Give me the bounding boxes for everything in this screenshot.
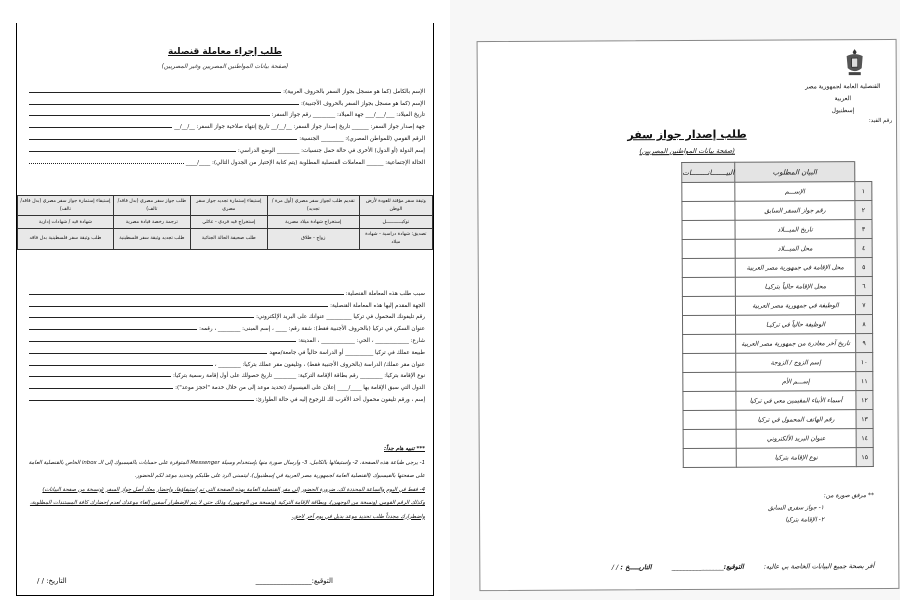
row-label: الإســـم [735,182,855,202]
service-cell: إستيفاء إستمارة تجديد جواز سفر مصري [190,196,267,216]
row-label: تاريخ آخر مغادرة من جمهورية مصر العربية [736,334,856,354]
attachment-item: ١- جواز سفري السابق [768,502,824,514]
field-passport-issue[interactable]: جهة إصدار جواز السفر: ______ تاريخ إصدار… [27,118,425,130]
table-row: ١٢أسماء الأبناء المقيمين معي في تركيا [683,391,873,411]
service-cell: طلب تجديد وثيقة سفر فلسطينية [113,229,190,249]
row-data-field[interactable] [683,353,736,372]
attachments-section: ** مرفق صورة من: ١- جواز سفري السابق ٢- … [768,490,874,527]
row-number: ٨ [856,315,873,334]
row-data-field[interactable] [682,239,735,258]
service-cell: تصديق: شهادة دراسية - شهادة ميلاد [359,229,432,249]
row-number: ٧ [855,296,872,315]
table-row: وثيقة سفر مؤقتة للعودة لأرض الوطن تقديم … [18,196,433,216]
table-row: ٤محل الميـــلاد [682,239,872,259]
signature-field[interactable]: التوقيع:________________ [672,563,744,571]
certification-row: أقر بصحة جميع البيانات الخاصة بي عاليه: … [510,562,874,572]
notice-paragraph-1: 1- يرجى طباعة هذه الصفحة، 2- واستيفائها … [27,457,425,484]
row-number: ١٠ [856,353,873,372]
residence-fields: سبب طلب هذه المعاملة القنصلية: الجهة الم… [27,285,425,403]
table-row: ١٥نوع الإقامة بتركيا [683,448,873,468]
service-cell: إستخراج قيد فردي - عائلي [190,216,267,229]
row-label: محل الميـــلاد [735,239,855,259]
service-cell: ترجمة رخصة قيادة مصرية [113,216,190,229]
table-row: ١٣رقم الهاتف المحمول في تركيا [683,410,873,430]
field-work[interactable]: طبيعة عملك في تركيا __________ أو الدراس… [27,344,425,356]
field-residence-type[interactable]: نوع الإقامة بتركيا: ________ رقم بطاقة ا… [27,368,425,380]
passport-data-table: البيان المطلوب البيـــــــانــــــــات ١… [681,161,873,468]
field-work-address[interactable]: عنوان مقر عملك/ الدراسة (بالحروف الأجنبي… [27,356,425,368]
row-data-field[interactable] [683,448,736,467]
row-label: رقم جواز السفر السابق [735,201,855,221]
row-label: عنوان البريد الألكتروني [736,429,856,449]
row-number: ٢ [855,201,872,220]
row-data-field[interactable] [682,258,735,277]
notice-heading: *** تنبيه هام جداً: [27,443,425,457]
table-row: ٥محل الإقامة في جمهورية مصر العربية [682,258,872,278]
service-cell: توكيـــــــــــل [359,216,432,229]
row-data-field[interactable] [682,277,735,296]
field-submitting-body[interactable]: الجهة المقدم إليها هذه المعاملة القنصلية… [27,297,425,309]
table-row: ١١إســـم الأم [683,372,873,392]
row-number: ٣ [855,220,872,239]
row-number: ٩ [856,334,873,353]
row-label: إســـم الأم [736,372,856,392]
row-data-field[interactable] [683,315,736,334]
row-label: أسماء الأبناء المقيمين معي في تركيا [736,391,856,411]
field-birth-passport[interactable]: تاريخ الميلاد: ___/___/___ جهة الميلاد: … [27,107,425,119]
important-notice: *** تنبيه هام جداً: 1- يرجى طباعة هذه ال… [27,443,425,524]
row-label: تاريخ الميـــلاد [735,220,855,240]
table-row: توكيـــــــــــل إستخراج شهادة ميلاد مصر… [18,216,433,229]
field-reason[interactable]: سبب طلب هذه المعاملة القنصلية: [27,285,425,297]
personal-fields: الإسم بالكامل (كما هو مسجل بجواز السفر ب… [27,83,425,166]
row-number: ٤ [855,239,872,258]
row-label: محل الإقامة حالياً بتركيـا [735,277,855,297]
form-subtitle: (صفحة بيانات المواطنين المصريين) [478,146,896,156]
table-row: ٣تاريخ الميـــلاد [682,220,872,240]
table-row: ١٤عنوان البريد الألكتروني [683,429,873,449]
table-row: ٦محل الإقامة حالياً بتركيـا [682,277,872,297]
row-number: ١٤ [856,429,873,448]
table-row: ٢رقم جواز السفر السابق [682,201,872,221]
row-label: محل الإقامة في جمهورية مصر العربية [735,258,855,278]
form-subtitle: (صفحة بيانات المواطنين المصريين وغير الم… [17,63,433,70]
service-cell: زواج - طلاق [267,229,359,249]
table-header-row: البيان المطلوب البيـــــــانــــــــات [682,162,872,183]
field-emergency-contact[interactable]: إسم ، ورقم تليفون محمول أحد الأقرب لك لل… [27,391,425,403]
consular-request-form: طلب إجراء معاملة قنصلية (صفحة بيانات الم… [16,23,434,596]
row-number: ١ [855,182,872,201]
row-data-field[interactable] [682,220,735,239]
row-number: ١٢ [856,391,873,410]
notice-paragraph-2: 4- فقط في اليوم والساعة المحددة لك، ضرور… [27,484,425,525]
field-full-name-arabic[interactable]: الإسم بالكامل (كما هو مسجل بجواز السفر ب… [27,83,425,95]
consulate-header: القنصلية العامة لجمهورية مصر العربية إسط… [798,81,888,117]
header-data: البيـــــــانــــــــات [682,162,735,182]
field-street-city[interactable]: شارع: ____________ ، الحي: ____________ … [27,332,425,344]
row-data-field[interactable] [683,391,736,410]
service-cell: طلب صحيفة الحالة الجنائية [190,229,267,249]
row-label: الوظيفة حالياً في تركيـا [736,315,856,335]
field-other-nationality[interactable]: إسم الدولة (أو الدول) الأخرى في حالة حمل… [27,142,425,154]
table-row: ٧الوظيفة في جمهورية مصر العربية [683,296,873,316]
field-previous-countries[interactable]: الدول التي سبق الإقامة بها ____/____ إعل… [27,379,425,391]
form-title: طلب إصدار جواز سفر [478,127,896,142]
row-data-field[interactable] [682,182,735,201]
row-number: ١٣ [856,410,873,429]
row-label: الوظيفة في جمهورية مصر العربية [735,296,855,316]
attachment-item: ٢- الإقامة بتركيا [768,514,824,526]
date-field[interactable]: التاريخ: / / [37,577,67,585]
table-row: ٩تاريخ آخر مغادرة من جمهورية مصر العربية [683,334,873,354]
table-row: ٨الوظيفة حالياً في تركيـا [683,315,873,335]
services-table: وثيقة سفر مؤقتة للعودة لأرض الوطن تقديم … [17,195,433,250]
passport-issue-form: القنصلية العامة لجمهورية مصر العربية إسط… [477,39,900,591]
signature-field[interactable]: التوقيع:________________ [256,577,333,585]
service-cell: إستخراج شهادة ميلاد مصرية [267,216,359,229]
reference-number-label: رقم القيد: [869,118,892,124]
table-row: ١الإســـم [682,182,872,202]
form-title: طلب إجراء معاملة قنصلية [17,47,433,57]
field-name-latin[interactable]: الإسم (كما هو مسجل بجواز السفر بالحروف ا… [27,95,425,107]
header-required-item: البيان المطلوب [735,162,855,183]
service-cell: طلب وثيقة سفر فلسطينية بدل فاقد [18,229,114,249]
row-data-field[interactable] [683,429,736,448]
row-data-field[interactable] [683,410,736,429]
service-cell: طلب جواز سفر مصري (بدل فاقد/تالف) [113,196,190,216]
row-number: ١٥ [856,448,873,467]
date-field[interactable]: التاريـــــخ : / / [612,563,652,571]
row-number: ٦ [855,277,872,296]
row-number: ٥ [855,258,872,277]
field-address[interactable]: عنوان السكن في تركيا (بالحروف الأجنبية ف… [27,320,425,332]
egypt-eagle-emblem-icon [844,48,866,78]
passport-form-scan: القنصلية العامة لجمهورية مصر العربية إسط… [450,0,900,600]
row-data-field[interactable] [682,201,735,220]
signature-row: التوقيع:________________ التاريخ: / / [37,577,333,585]
field-marital-status[interactable]: الحالة الإجتماعية: ______ المعاملات القن… [27,154,425,166]
service-cell: شهادة قيد / شهادات إدارية [18,216,114,229]
field-phone-email[interactable]: رقم تليفونك المحمول في تركيا _________ ع… [27,309,425,321]
table-row: ١٠إسم الزوج / الزوجة [683,353,873,373]
row-label: إسم الزوج / الزوجة [736,353,856,373]
service-cell: وثيقة سفر مؤقتة للعودة لأرض الوطن [359,196,432,216]
table-row: تصديق: شهادة دراسية - شهادة ميلاد زواج -… [18,229,433,249]
row-label: رقم الهاتف المحمول في تركيا [736,410,856,430]
service-cell: تقديم طلب لجواز سفر مصري (أول مرة / تجدي… [267,196,359,216]
row-label: نوع الإقامة بتركيا [736,448,856,468]
service-cell: إستيفاء إستمارة جواز سفر مصري (بدل فاقد/… [18,196,114,216]
row-data-field[interactable] [683,334,736,353]
row-number: ١١ [856,372,873,391]
row-data-field[interactable] [683,372,736,391]
row-data-field[interactable] [683,296,736,315]
field-national-id[interactable]: الرقم القومي (للمواطن المصري): ________ … [27,130,425,142]
